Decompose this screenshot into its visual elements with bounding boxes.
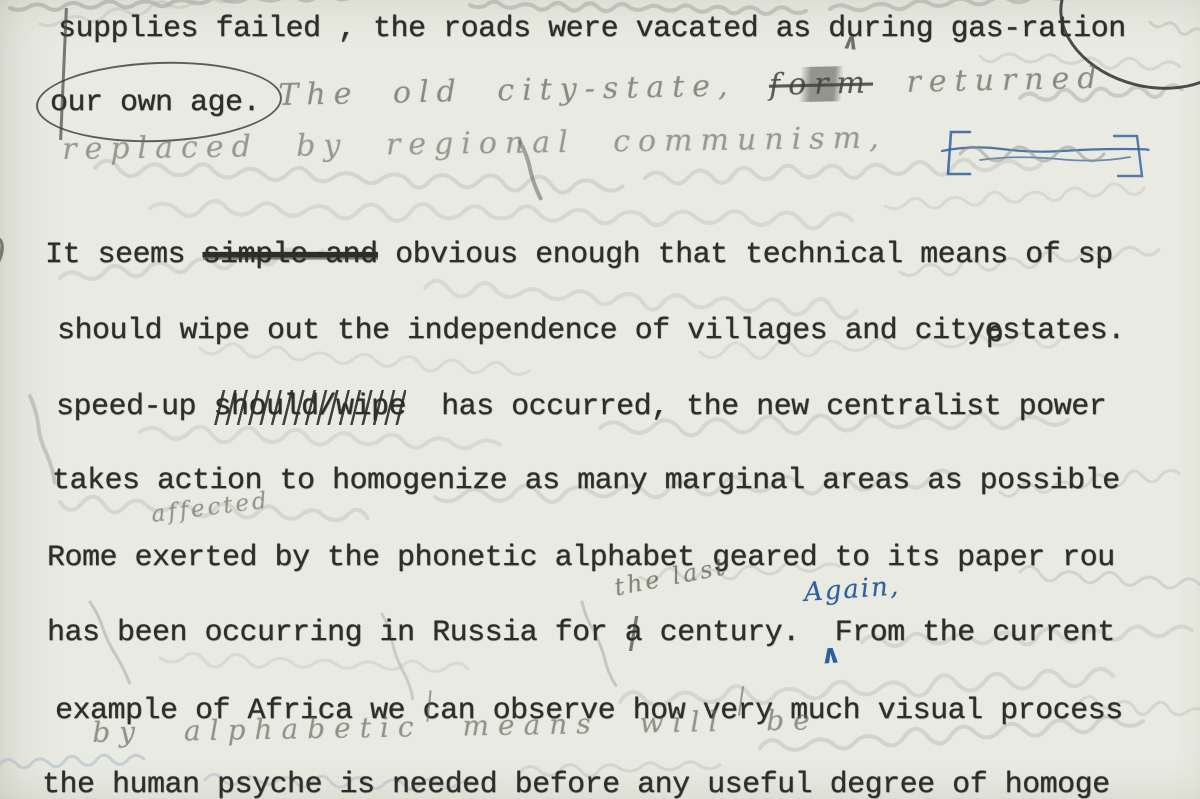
typed-text: has been occurring in Russia for <box>47 616 625 651</box>
overstruck-character: ep <box>985 314 1003 349</box>
ghost-stroke <box>0 754 144 769</box>
typed-text: century. From the current <box>642 616 1115 651</box>
typed-text: has occurred, the new centralist power <box>406 390 1106 425</box>
typed-text: It seems <box>45 238 203 273</box>
ghost-stroke <box>150 199 852 229</box>
ghost-stroke <box>885 182 1145 213</box>
typed-line-4: should wipe out the independence of vill… <box>57 314 1125 349</box>
typed-line-7: Rome exerted by the phonetic alphabet ge… <box>47 541 1115 576</box>
ghost-stroke <box>160 652 468 676</box>
pencil-paren-mark: ) <box>0 232 6 273</box>
blue-bracket-scribble <box>938 124 1150 182</box>
typed-text: speed-up <box>56 390 214 425</box>
typed-text: obvious enough that technical means of s… <box>378 238 1113 273</box>
pencil-caret-line1: ∧ <box>840 29 861 56</box>
typed-text: should wipe out the independence of vill… <box>57 314 985 349</box>
typed-line-3: It seems simple and obvious enough that … <box>45 238 1113 273</box>
blue-caret-century: ∧ <box>819 639 842 670</box>
struck-out-text: simple and <box>203 238 378 273</box>
typed-text: states. <box>1002 314 1125 349</box>
handwriting-text: returned <box>873 61 1105 101</box>
overstrike-character: p <box>986 317 1004 352</box>
manuscript-page: supplies failed , the roads were vacated… <box>0 0 1200 799</box>
typed-line-1: supplies failed , the roads were vacated… <box>58 12 1126 47</box>
typed-line-8: has been occurring in Russia for a centu… <box>47 616 1115 651</box>
pencil-struck-text: a <box>625 616 643 651</box>
typed-line-5: speed-up should/wipe has occurred, the n… <box>56 390 1106 425</box>
handwriting-struck-word: form <box>769 66 874 103</box>
typed-line-10: the human psyche is needed before any us… <box>42 768 1110 799</box>
ghost-stroke <box>140 424 500 452</box>
slash-struck-text: should/wipe <box>214 390 407 425</box>
